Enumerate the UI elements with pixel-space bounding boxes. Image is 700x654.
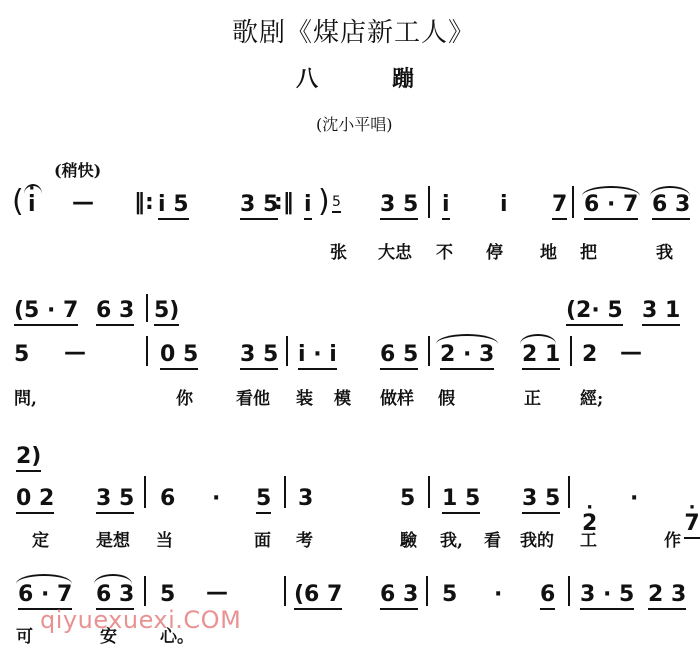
intro-group: 2) [16, 444, 41, 472]
barline [568, 576, 570, 606]
lyric: 假 [438, 384, 455, 409]
barline [146, 294, 148, 322]
lyric: 停 [486, 238, 503, 263]
lyric: 做样 [380, 384, 414, 409]
intro-group: (5 · 7 [14, 298, 78, 326]
lyric: 不 [436, 238, 453, 263]
lyric: 把 [580, 238, 597, 263]
note: 5 [14, 342, 29, 367]
tempo-marking: (稍快) [54, 158, 101, 181]
barline [428, 336, 430, 366]
note-group: i · i [298, 342, 337, 370]
note-group: 3 · 5 [580, 582, 634, 610]
barline [286, 336, 288, 366]
interlude-group: (2· 5 [566, 298, 623, 326]
lyric: 地 [540, 238, 557, 263]
dot: · [494, 582, 502, 607]
note: i [500, 192, 508, 217]
lyric: 定 [32, 526, 49, 551]
lyric: 我, [440, 526, 463, 551]
note-group: (6 7 [294, 582, 342, 610]
repeat-start: ‖: [134, 190, 154, 215]
note-group: 3 5 [96, 486, 134, 514]
dash: — [64, 340, 86, 365]
note-group: 3 5 [240, 192, 278, 220]
note-group: 3 5 [380, 192, 418, 220]
repeat-end: :‖ [274, 190, 294, 215]
intro-group: 5) [154, 298, 179, 326]
dash: — [72, 190, 94, 215]
note-group: 6 3 [652, 192, 690, 220]
barline [144, 576, 146, 606]
note-group: 2 3 [648, 582, 686, 610]
singer-credit: (沈小平唱) [316, 112, 393, 135]
barline [568, 476, 570, 508]
note: 7 [552, 192, 567, 220]
barline [572, 186, 574, 218]
barline [426, 576, 428, 606]
note-group: 5 [332, 194, 341, 213]
intro-group: 6 3 [96, 298, 134, 326]
note: 3 [298, 486, 313, 511]
note: 5 [400, 486, 415, 511]
note-group: 3 5 [240, 342, 278, 370]
barline [428, 476, 430, 508]
note: i [28, 192, 36, 217]
dash: — [620, 340, 642, 365]
lyric: 看 [484, 526, 501, 551]
lyric: 可 [16, 622, 33, 647]
note: 6 [540, 582, 555, 610]
dash: — [206, 580, 228, 605]
note: 7 [684, 511, 699, 539]
barline [284, 476, 286, 508]
fermata-arc [24, 184, 42, 194]
note-group: 0 2 [16, 486, 54, 514]
lyric: 装 [296, 384, 313, 409]
note-group: 6 5 [380, 342, 418, 370]
note-group: i 5 [158, 192, 189, 220]
barline [144, 476, 146, 508]
lyric: 我 [656, 238, 673, 263]
paren-open: ( [12, 184, 24, 219]
section-title-left: 八 [296, 62, 318, 93]
lyric: 我的 [520, 526, 554, 551]
lyric: 驗 [400, 526, 417, 551]
lyric: 考 [296, 526, 313, 551]
lyric: 正 [524, 384, 541, 409]
lyric: 大忠 [378, 238, 412, 263]
note: 5 [256, 486, 271, 514]
dot: · [212, 486, 220, 511]
lyric: 經; [580, 384, 603, 409]
note-group: 0 5 [160, 342, 198, 370]
barline [146, 336, 148, 366]
barline [284, 576, 286, 606]
interlude-group: 3 1 [642, 298, 680, 326]
note-group: 1 5 [442, 486, 480, 514]
lyric: 作 [664, 526, 681, 551]
lyric: 是想 [96, 526, 130, 551]
note-group: 2 1 [522, 342, 560, 370]
note: 6 [160, 486, 175, 511]
lyric: 問, [14, 384, 37, 409]
barline [428, 186, 430, 218]
watermark: qiyuexuexi.COM [40, 606, 241, 634]
note-group: 2 · 3 [440, 342, 494, 370]
note-group: i [304, 192, 312, 220]
dot: · [630, 486, 638, 511]
lyric: 当 [156, 526, 173, 551]
note: 2 [582, 342, 597, 367]
lyric: 看他 [236, 384, 270, 409]
paren-close: ) [318, 184, 330, 219]
note: 5 [160, 582, 175, 607]
song-title: 歌剧《煤店新工人》 [232, 12, 475, 49]
lyric: 工 [580, 526, 597, 551]
lyric: 模 [334, 384, 351, 409]
note-group: 6 3 [380, 582, 418, 610]
barline [570, 336, 572, 366]
lyric: 张 [330, 238, 347, 263]
section-title-right: 蹦 [392, 62, 414, 93]
note: i [442, 192, 450, 220]
note-group: 6 · 7 [584, 192, 638, 220]
lyric: 面 [254, 526, 271, 551]
note: 5 [442, 582, 457, 607]
lyric: 你 [176, 384, 193, 409]
note-group: 3 5 [522, 486, 560, 514]
